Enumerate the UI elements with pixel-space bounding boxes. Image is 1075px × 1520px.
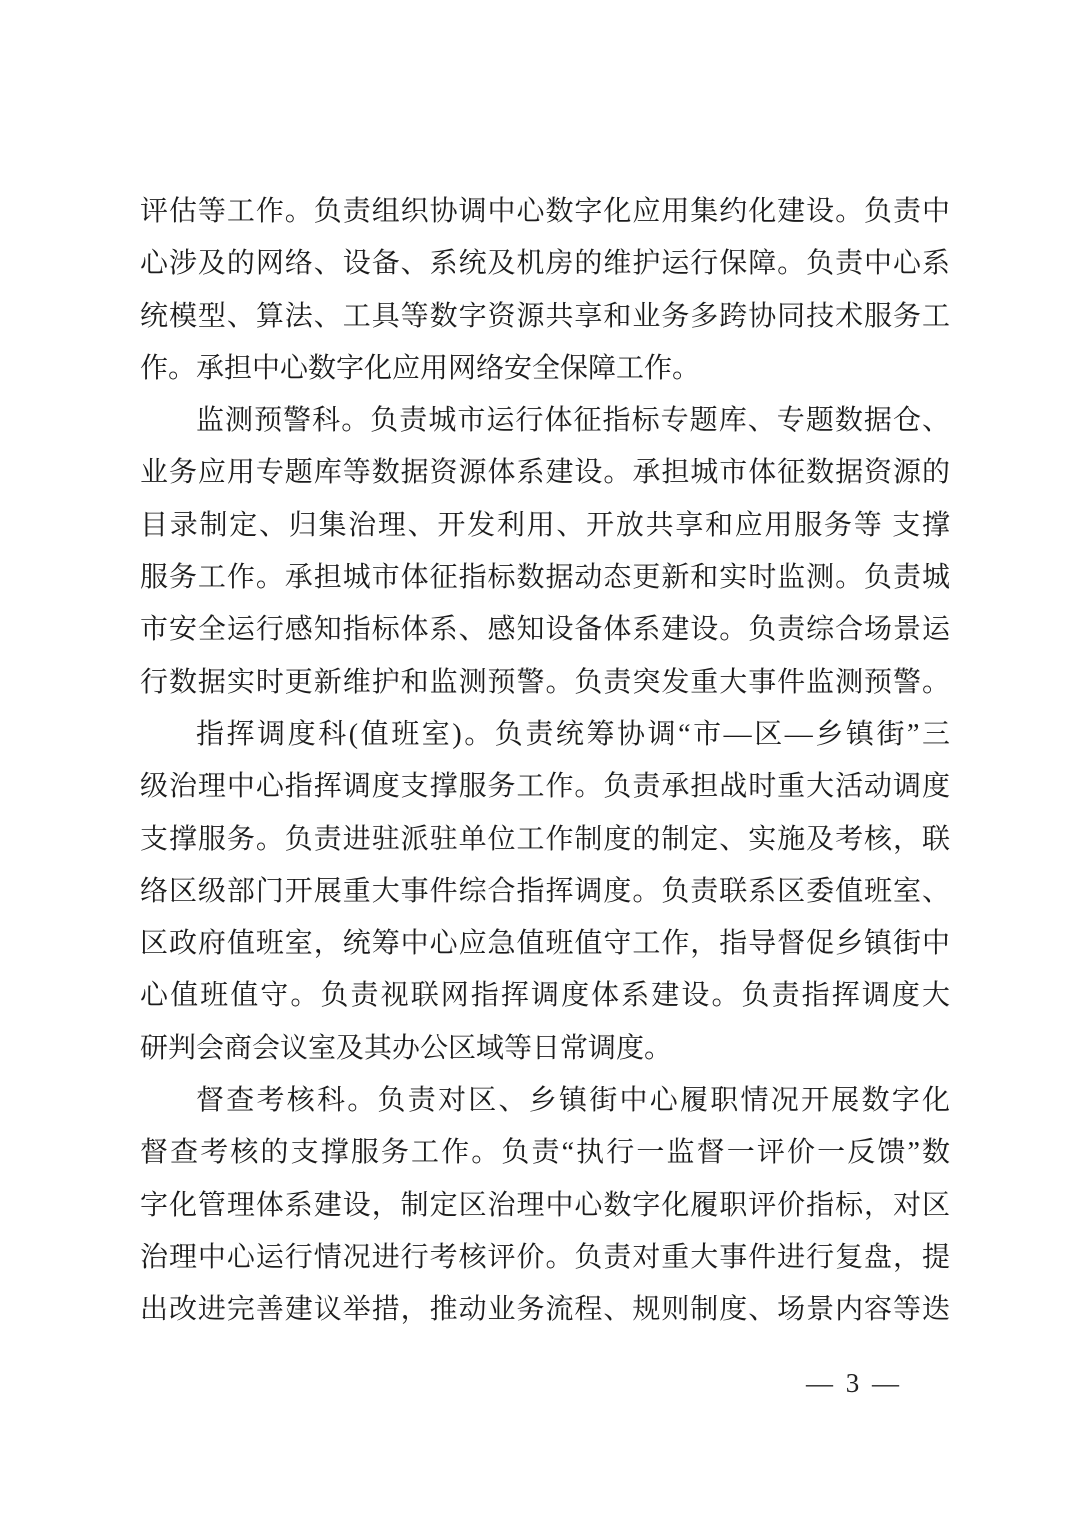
text-line: 监测预警科。负责城市运行体征指标专题库、专题数据仓、 xyxy=(140,395,950,447)
page-number: — 3 — xyxy=(806,1368,902,1399)
text-line: 指挥调度科(值班室)。负责统筹协调“市—区—乡镇街”三 xyxy=(140,709,950,761)
text-line: 级治理中心指挥调度支撑服务工作。负责承担战时重大活动调度 xyxy=(140,761,950,813)
text-line: 支撑服务。负责进驻派驻单位工作制度的制定、实施及考核，联 xyxy=(140,814,950,866)
document-body: 评估等工作。负责组织协调中心数字化应用集约化建设。负责中心涉及的网络、设备、系统… xyxy=(140,186,950,1337)
text-line: 市安全运行感知指标体系、感知设备体系建设。负责综合场景运 xyxy=(140,604,950,656)
para-command-dispatch-section: 指挥调度科(值班室)。负责统筹协调“市—区—乡镇街”三级治理中心指挥调度支撑服务… xyxy=(140,709,950,1075)
text-line: 统模型、算法、工具等数字资源共享和业务多跨协同技术服务工 xyxy=(140,291,950,343)
text-line: 络区级部门开展重大事件综合指挥调度。负责联系区委值班室、 xyxy=(140,866,950,918)
text-line: 心涉及的网络、设备、系统及机房的维护运行保障。负责中心系 xyxy=(140,238,950,290)
text-line: 督查考核科。负责对区、乡镇街中心履职情况开展数字化 xyxy=(140,1075,950,1127)
text-line: 行数据实时更新维护和监测预警。负责突发重大事件监测预警。 xyxy=(140,657,950,709)
text-line: 作。承担中心数字化应用网络安全保障工作。 xyxy=(140,343,950,395)
text-line: 治理中心运行情况进行考核评价。负责对重大事件进行复盘，提 xyxy=(140,1232,950,1284)
text-line: 业务应用专题库等数据资源体系建设。承担城市体征数据资源的 xyxy=(140,447,950,499)
document-page: 评估等工作。负责组织协调中心数字化应用集约化建设。负责中心涉及的网络、设备、系统… xyxy=(0,0,1075,1520)
para-monitoring-warning-section: 监测预警科。负责城市运行体征指标专题库、专题数据仓、业务应用专题库等数据资源体系… xyxy=(140,395,950,709)
text-line: 出改进完善建议举措，推动业务流程、规则制度、场景内容等迭 xyxy=(140,1284,950,1336)
text-line: 字化管理体系建设，制定区治理中心数字化履职评价指标，对区 xyxy=(140,1180,950,1232)
text-line: 服务工作。承担城市体征指标数据动态更新和实时监测。负责城 xyxy=(140,552,950,604)
text-line: 研判会商会议室及其办公区域等日常调度。 xyxy=(140,1023,950,1075)
para-supervision-assessment-section: 督查考核科。负责对区、乡镇街中心履职情况开展数字化督查考核的支撑服务工作。负责“… xyxy=(140,1075,950,1336)
text-line: 目录制定、归集治理、开发利用、开放共享和应用服务等 支撑 xyxy=(140,500,950,552)
text-line: 督查考核的支撑服务工作。负责“执行一监督一评价一反馈”数 xyxy=(140,1127,950,1179)
text-line: 区政府值班室，统筹中心应急值班值守工作，指导督促乡镇街中 xyxy=(140,918,950,970)
text-line: 评估等工作。负责组织协调中心数字化应用集约化建设。负责中 xyxy=(140,186,950,238)
text-line: 心值班值守。负责视联网指挥调度体系建设。负责指挥调度大厅、 xyxy=(140,970,950,1022)
para-digital-application-continuation: 评估等工作。负责组织协调中心数字化应用集约化建设。负责中心涉及的网络、设备、系统… xyxy=(140,186,950,395)
